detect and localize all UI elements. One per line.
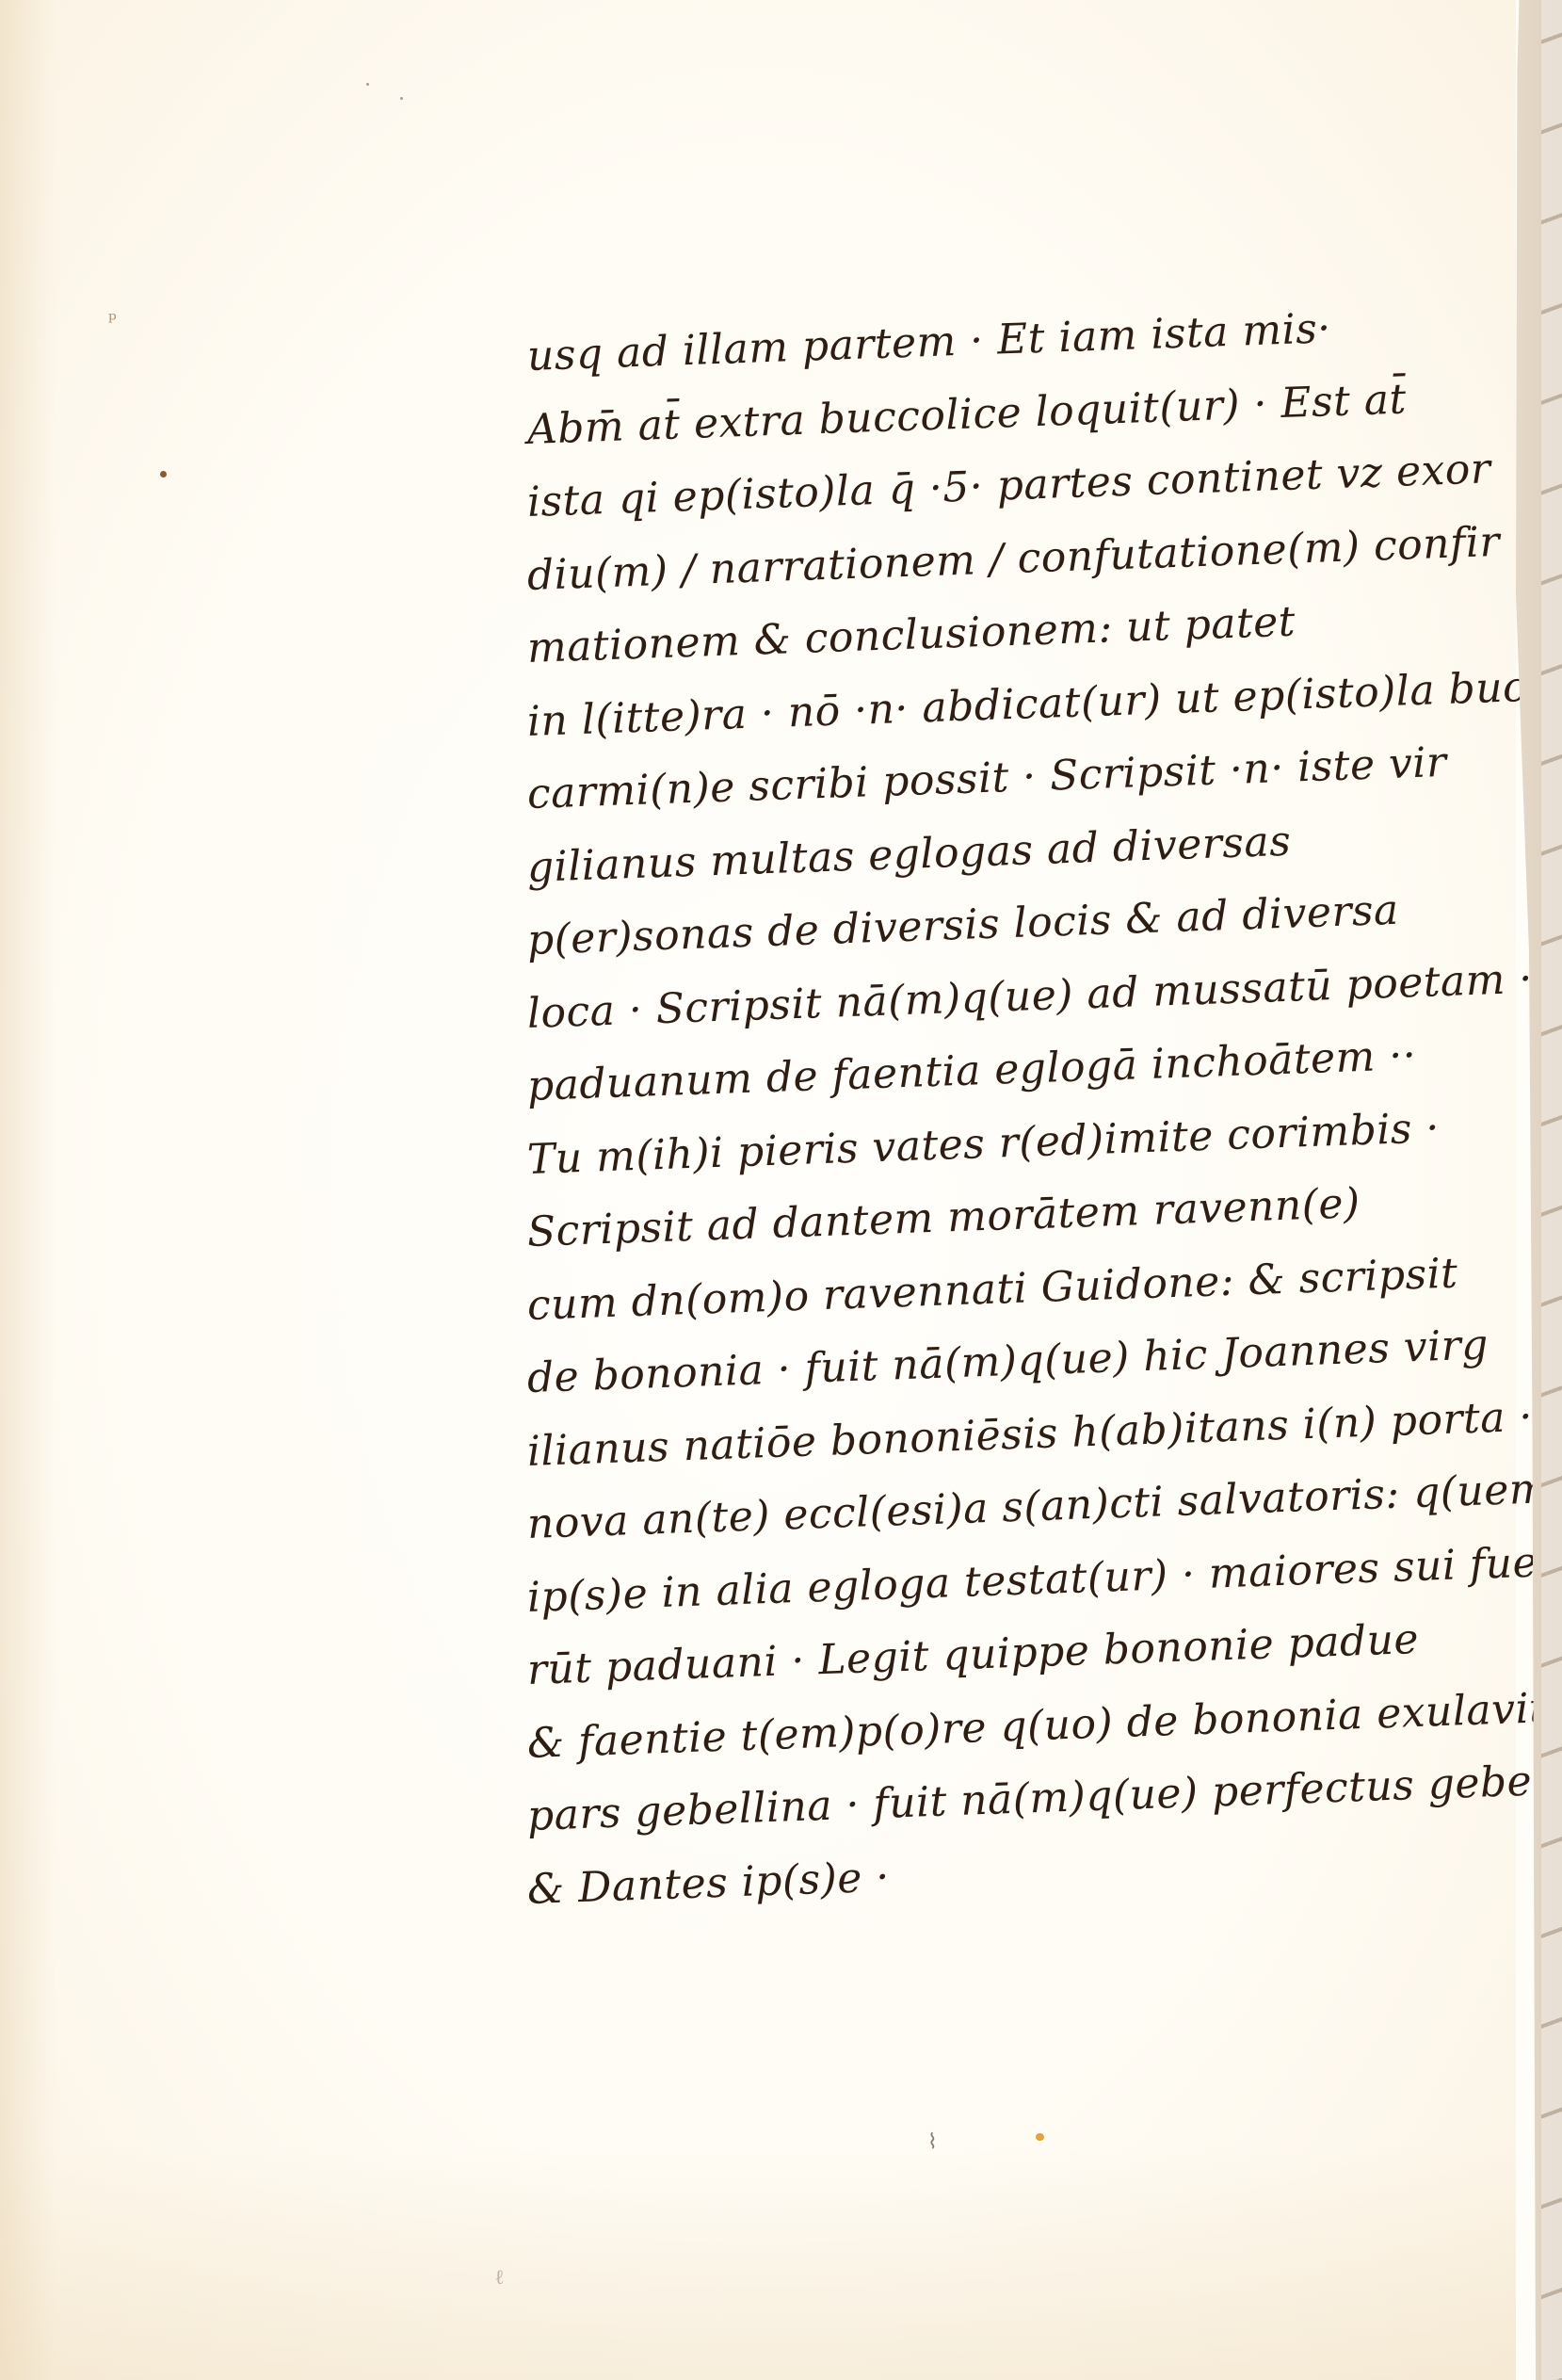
ink-speck (400, 97, 403, 100)
stray-mark: ⌇ (927, 2130, 938, 2154)
stray-mark: ℓ (494, 2265, 505, 2290)
manuscript-page: ᵖ ℓ ⌇ usq ad illam partem · Et iam ista … (0, 0, 1516, 2380)
next-leaf-edge (1541, 0, 1562, 2380)
stray-mark: ᵖ (108, 309, 117, 332)
manuscript-text-block: usq ad illam partem · Et iam ista mis· A… (527, 320, 1478, 1926)
ink-speck (366, 83, 369, 86)
ink-speck (160, 471, 167, 478)
ink-speck (1036, 2133, 1044, 2141)
